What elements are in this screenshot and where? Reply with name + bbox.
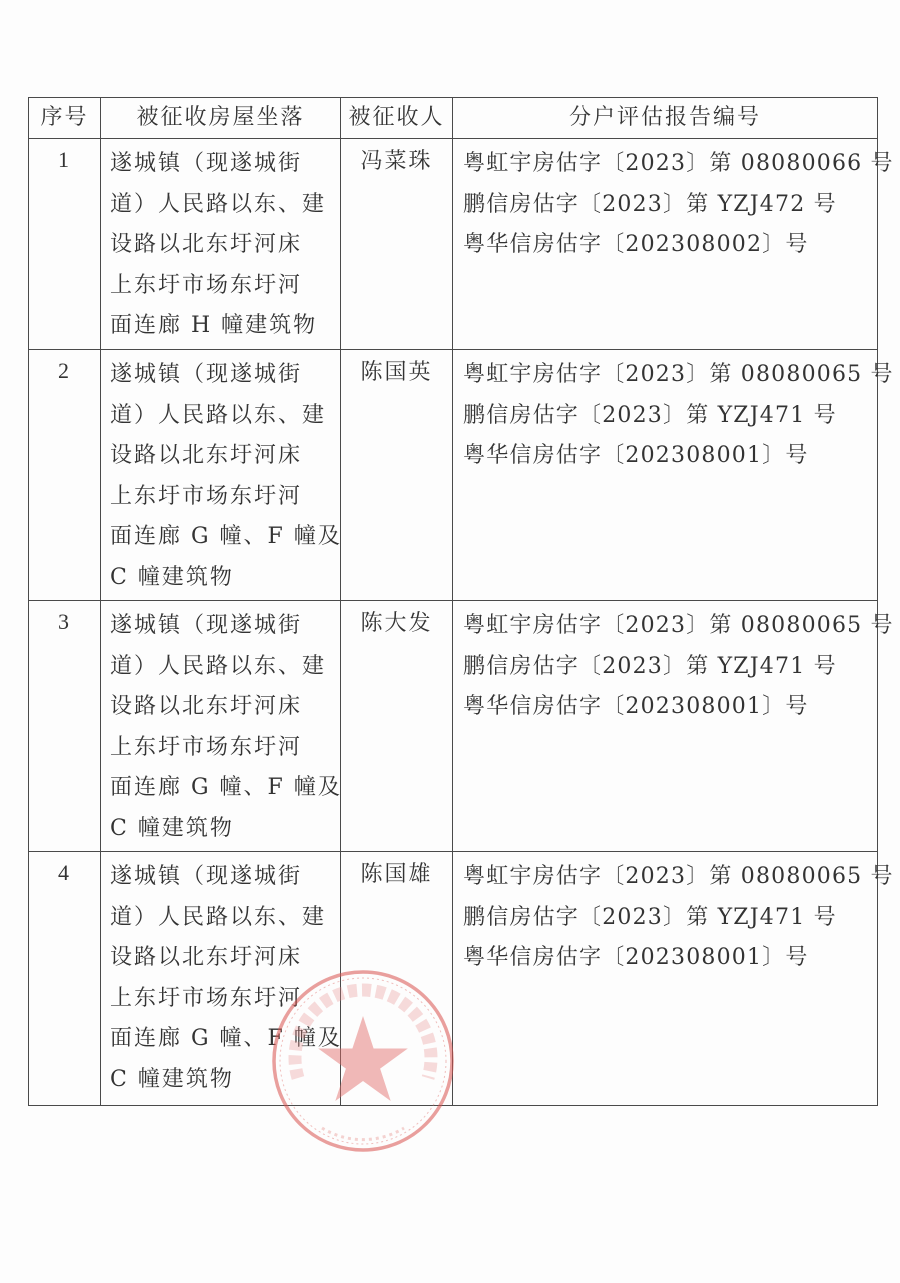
row-index: 1 (29, 139, 101, 350)
report-line: 鹏信房估字〔2023〕第 YZJ471 号 (463, 898, 873, 939)
location-line: 遂城镇（现遂城街 (110, 144, 334, 185)
property-location: 遂城镇（现遂城街 道）人民路以东、建 设路以北东圩河床 上东圩市场东圩河 面连廊… (101, 852, 341, 1106)
table-row: 2 遂城镇（现遂城街 道）人民路以东、建 设路以北东圩河床 上东圩市场东圩河 面… (29, 350, 878, 601)
document-page: 序号 被征收房屋坐落 被征收人 分户评估报告编号 1 遂城镇（现遂城街 道）人民… (0, 0, 900, 1283)
location-line: 上东圩市场东圩河 (110, 728, 334, 769)
table-row: 1 遂城镇（现遂城街 道）人民路以东、建 设路以北东圩河床 上东圩市场东圩河 面… (29, 139, 878, 350)
report-line: 粤虹宇房估字〔2023〕第 08080065 号 (463, 355, 873, 396)
header-index: 序号 (29, 98, 101, 139)
location-line: 设路以北东圩河床 (110, 687, 334, 728)
location-line: 面连廊 G 幢、F 幢及 (110, 768, 334, 809)
location-line: 上东圩市场东圩河 (110, 477, 334, 518)
report-line: 鹏信房估字〔2023〕第 YZJ472 号 (463, 185, 873, 226)
report-numbers: 粤虹宇房估字〔2023〕第 08080065 号 鹏信房估字〔2023〕第 YZ… (453, 601, 878, 852)
header-report-number: 分户评估报告编号 (453, 98, 878, 139)
location-line: C 幢建筑物 (110, 809, 334, 850)
report-line: 粤华信房估字〔202308001〕号 (463, 436, 873, 477)
report-line: 鹏信房估字〔2023〕第 YZJ471 号 (463, 647, 873, 688)
report-line: 粤虹宇房估字〔2023〕第 08080065 号 (463, 606, 873, 647)
owner-name: 冯菜珠 (341, 139, 453, 350)
row-index: 3 (29, 601, 101, 852)
location-line: C 幢建筑物 (110, 1060, 334, 1101)
table-header-row: 序号 被征收房屋坐落 被征收人 分户评估报告编号 (29, 98, 878, 139)
header-owner: 被征收人 (341, 98, 453, 139)
location-line: 设路以北东圩河床 (110, 436, 334, 477)
owner-name: 陈国雄 (341, 852, 453, 1106)
location-line: 道）人民路以东、建 (110, 898, 334, 939)
report-numbers: 粤虹宇房估字〔2023〕第 08080066 号 鹏信房估字〔2023〕第 YZ… (453, 139, 878, 350)
location-line: 道）人民路以东、建 (110, 185, 334, 226)
row-index: 4 (29, 852, 101, 1106)
report-line: 粤华信房估字〔202308002〕号 (463, 225, 873, 266)
property-location: 遂城镇（现遂城街 道）人民路以东、建 设路以北东圩河床 上东圩市场东圩河 面连廊… (101, 350, 341, 601)
location-line: 遂城镇（现遂城街 (110, 606, 334, 647)
table-row: 3 遂城镇（现遂城街 道）人民路以东、建 设路以北东圩河床 上东圩市场东圩河 面… (29, 601, 878, 852)
report-line: 粤华信房估字〔202308001〕号 (463, 687, 873, 728)
location-line: 遂城镇（现遂城街 (110, 857, 334, 898)
location-line: C 幢建筑物 (110, 558, 334, 599)
location-line: 设路以北东圩河床 (110, 225, 334, 266)
report-numbers: 粤虹宇房估字〔2023〕第 08080065 号 鹏信房估字〔2023〕第 YZ… (453, 852, 878, 1106)
location-line: 上东圩市场东圩河 (110, 979, 334, 1020)
location-line: 面连廊 G 幢、F 幢及 (110, 517, 334, 558)
header-location: 被征收房屋坐落 (101, 98, 341, 139)
table-row: 4 遂城镇（现遂城街 道）人民路以东、建 设路以北东圩河床 上东圩市场东圩河 面… (29, 852, 878, 1106)
location-line: 道）人民路以东、建 (110, 396, 334, 437)
location-line: 上东圩市场东圩河 (110, 266, 334, 307)
owner-name: 陈大发 (341, 601, 453, 852)
expropriation-assessment-table: 序号 被征收房屋坐落 被征收人 分户评估报告编号 1 遂城镇（现遂城街 道）人民… (28, 97, 878, 1106)
location-line: 道）人民路以东、建 (110, 647, 334, 688)
property-location: 遂城镇（现遂城街 道）人民路以东、建 设路以北东圩河床 上东圩市场东圩河 面连廊… (101, 139, 341, 350)
location-line: 面连廊 H 幢建筑物 (110, 306, 334, 347)
location-line: 面连廊 G 幢、F 幢及 (110, 1019, 334, 1060)
property-location: 遂城镇（现遂城街 道）人民路以东、建 设路以北东圩河床 上东圩市场东圩河 面连廊… (101, 601, 341, 852)
report-numbers: 粤虹宇房估字〔2023〕第 08080065 号 鹏信房估字〔2023〕第 YZ… (453, 350, 878, 601)
location-line: 遂城镇（现遂城街 (110, 355, 334, 396)
report-line: 鹏信房估字〔2023〕第 YZJ471 号 (463, 396, 873, 437)
row-index: 2 (29, 350, 101, 601)
report-line: 粤虹宇房估字〔2023〕第 08080066 号 (463, 144, 873, 185)
owner-name: 陈国英 (341, 350, 453, 601)
report-line: 粤虹宇房估字〔2023〕第 08080065 号 (463, 857, 873, 898)
report-line: 粤华信房估字〔202308001〕号 (463, 938, 873, 979)
location-line: 设路以北东圩河床 (110, 938, 334, 979)
